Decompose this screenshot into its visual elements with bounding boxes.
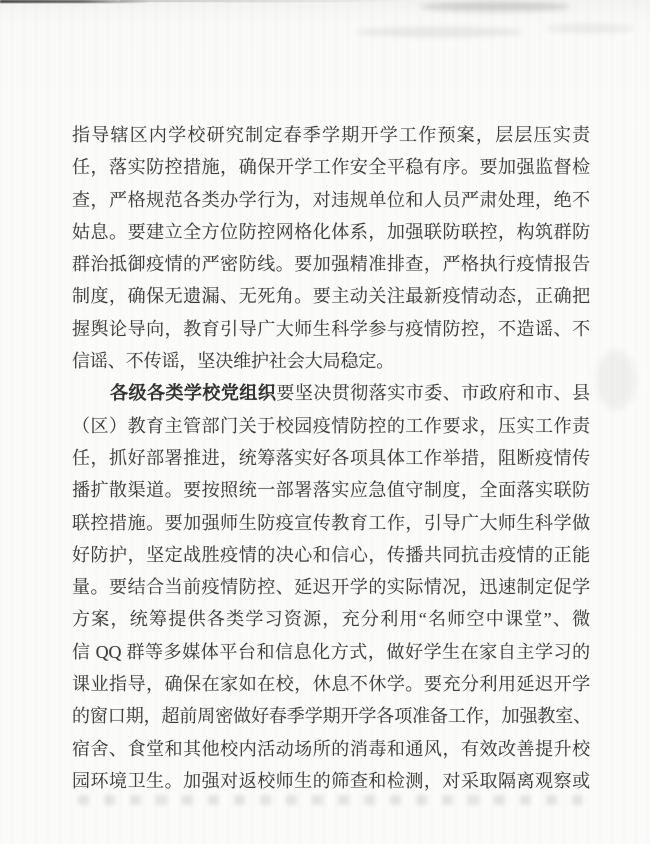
text-line: 方案，统筹提供各类学习资源，充分利用“名师空中课堂”、微 [72, 603, 590, 635]
text-line: 任，落实防控措施，确保开学工作安全平稳有序。要加强监督检 [72, 151, 590, 183]
text-line: 信 QQ 群等多媒体平台和信息化方式，做好学生在家自主学习的 [72, 636, 590, 668]
text-line-paragraph-start: 各级各类学校党组织要坚决贯彻落实市委、市政府和市、县 [72, 377, 590, 409]
text-line-paragraph-end: 信谣、不传谣，坚决维护社会大局稳定。 [72, 345, 590, 377]
text-line: 指导辖区内学校研究制定春季学期开学工作预案，层层压实责 [72, 119, 590, 151]
scan-artifact-top-edge-faint [120, 0, 420, 2]
text-line: 群治抵御疫情的严密防线。要加强精准排查，严格执行疫情报告 [72, 248, 590, 280]
text-line-page-end: 园环境卫生。加强对返校师生的筛查和检测，对采取隔离观察或 [72, 765, 590, 797]
text-line: 任，抓好部署推进，统筹落实好各项具体工作举措，阻断疫情传 [72, 442, 590, 474]
paragraph-lead-bold: 各级各类学校党组织 [110, 383, 276, 403]
scan-artifact-bleedthrough-row [78, 795, 583, 805]
text-line: 量。要结合当前疫情防控、延迟开学的实际情况，迅速制定促学 [72, 571, 590, 603]
text-line: 查，严格规范各类办学行为，对违规单位和人员严肃处理，绝不 [72, 184, 590, 216]
text-line: 课业指导，确保在家如在校，休息不休学。要充分利用延迟开学 [72, 668, 590, 700]
text-line: 制度，确保无遗漏、无死角。要主动关注最新疫情动态，正确把 [72, 280, 590, 312]
text-line: 宿舍、食堂和其他校内活动场所的消毒和通风，有效改善提升校 [72, 733, 590, 765]
text-line: 握舆论导向，教育引导广大师生科学参与疫情防控，不造谣、不 [72, 313, 590, 345]
text-line: 的窗口期，超前周密做好春季学期开学各项准备工作，加强教室、 [72, 700, 590, 732]
text-line: 联控措施。要加强师生防疫宣传教育工作，引导广大师生科学做 [72, 507, 590, 539]
scanned-document-page: 指导辖区内学校研究制定春季学期开学工作预案，层层压实责 任，落实防控措施，确保开… [0, 0, 650, 844]
scan-artifact-bleedthrough [596, 350, 636, 410]
text-line: 播扩散渠道。要按照统一部署落实应急值守制度，全面落实联防 [72, 474, 590, 506]
scan-artifact-smudge [545, 24, 635, 33]
text-line: 好防护，坚定战胜疫情的决心和信心，传播共同抗击疫情的正能 [72, 539, 590, 571]
text-line: （区）教育主管部门关于校园疫情防控的工作要求，压实工作责 [72, 410, 590, 442]
scan-artifact-smudge [420, 2, 570, 11]
document-body-text: 指导辖区内学校研究制定春季学期开学工作预案，层层压实责 任，落实防控措施，确保开… [72, 119, 590, 797]
text-line-rest: 要坚决贯彻落实市委、市政府和市、县 [276, 383, 590, 403]
text-line: 姑息。要建立全方位防控网格化体系，加强联防联控，构筑群防 [72, 216, 590, 248]
scan-artifact-smudge [355, 27, 525, 37]
